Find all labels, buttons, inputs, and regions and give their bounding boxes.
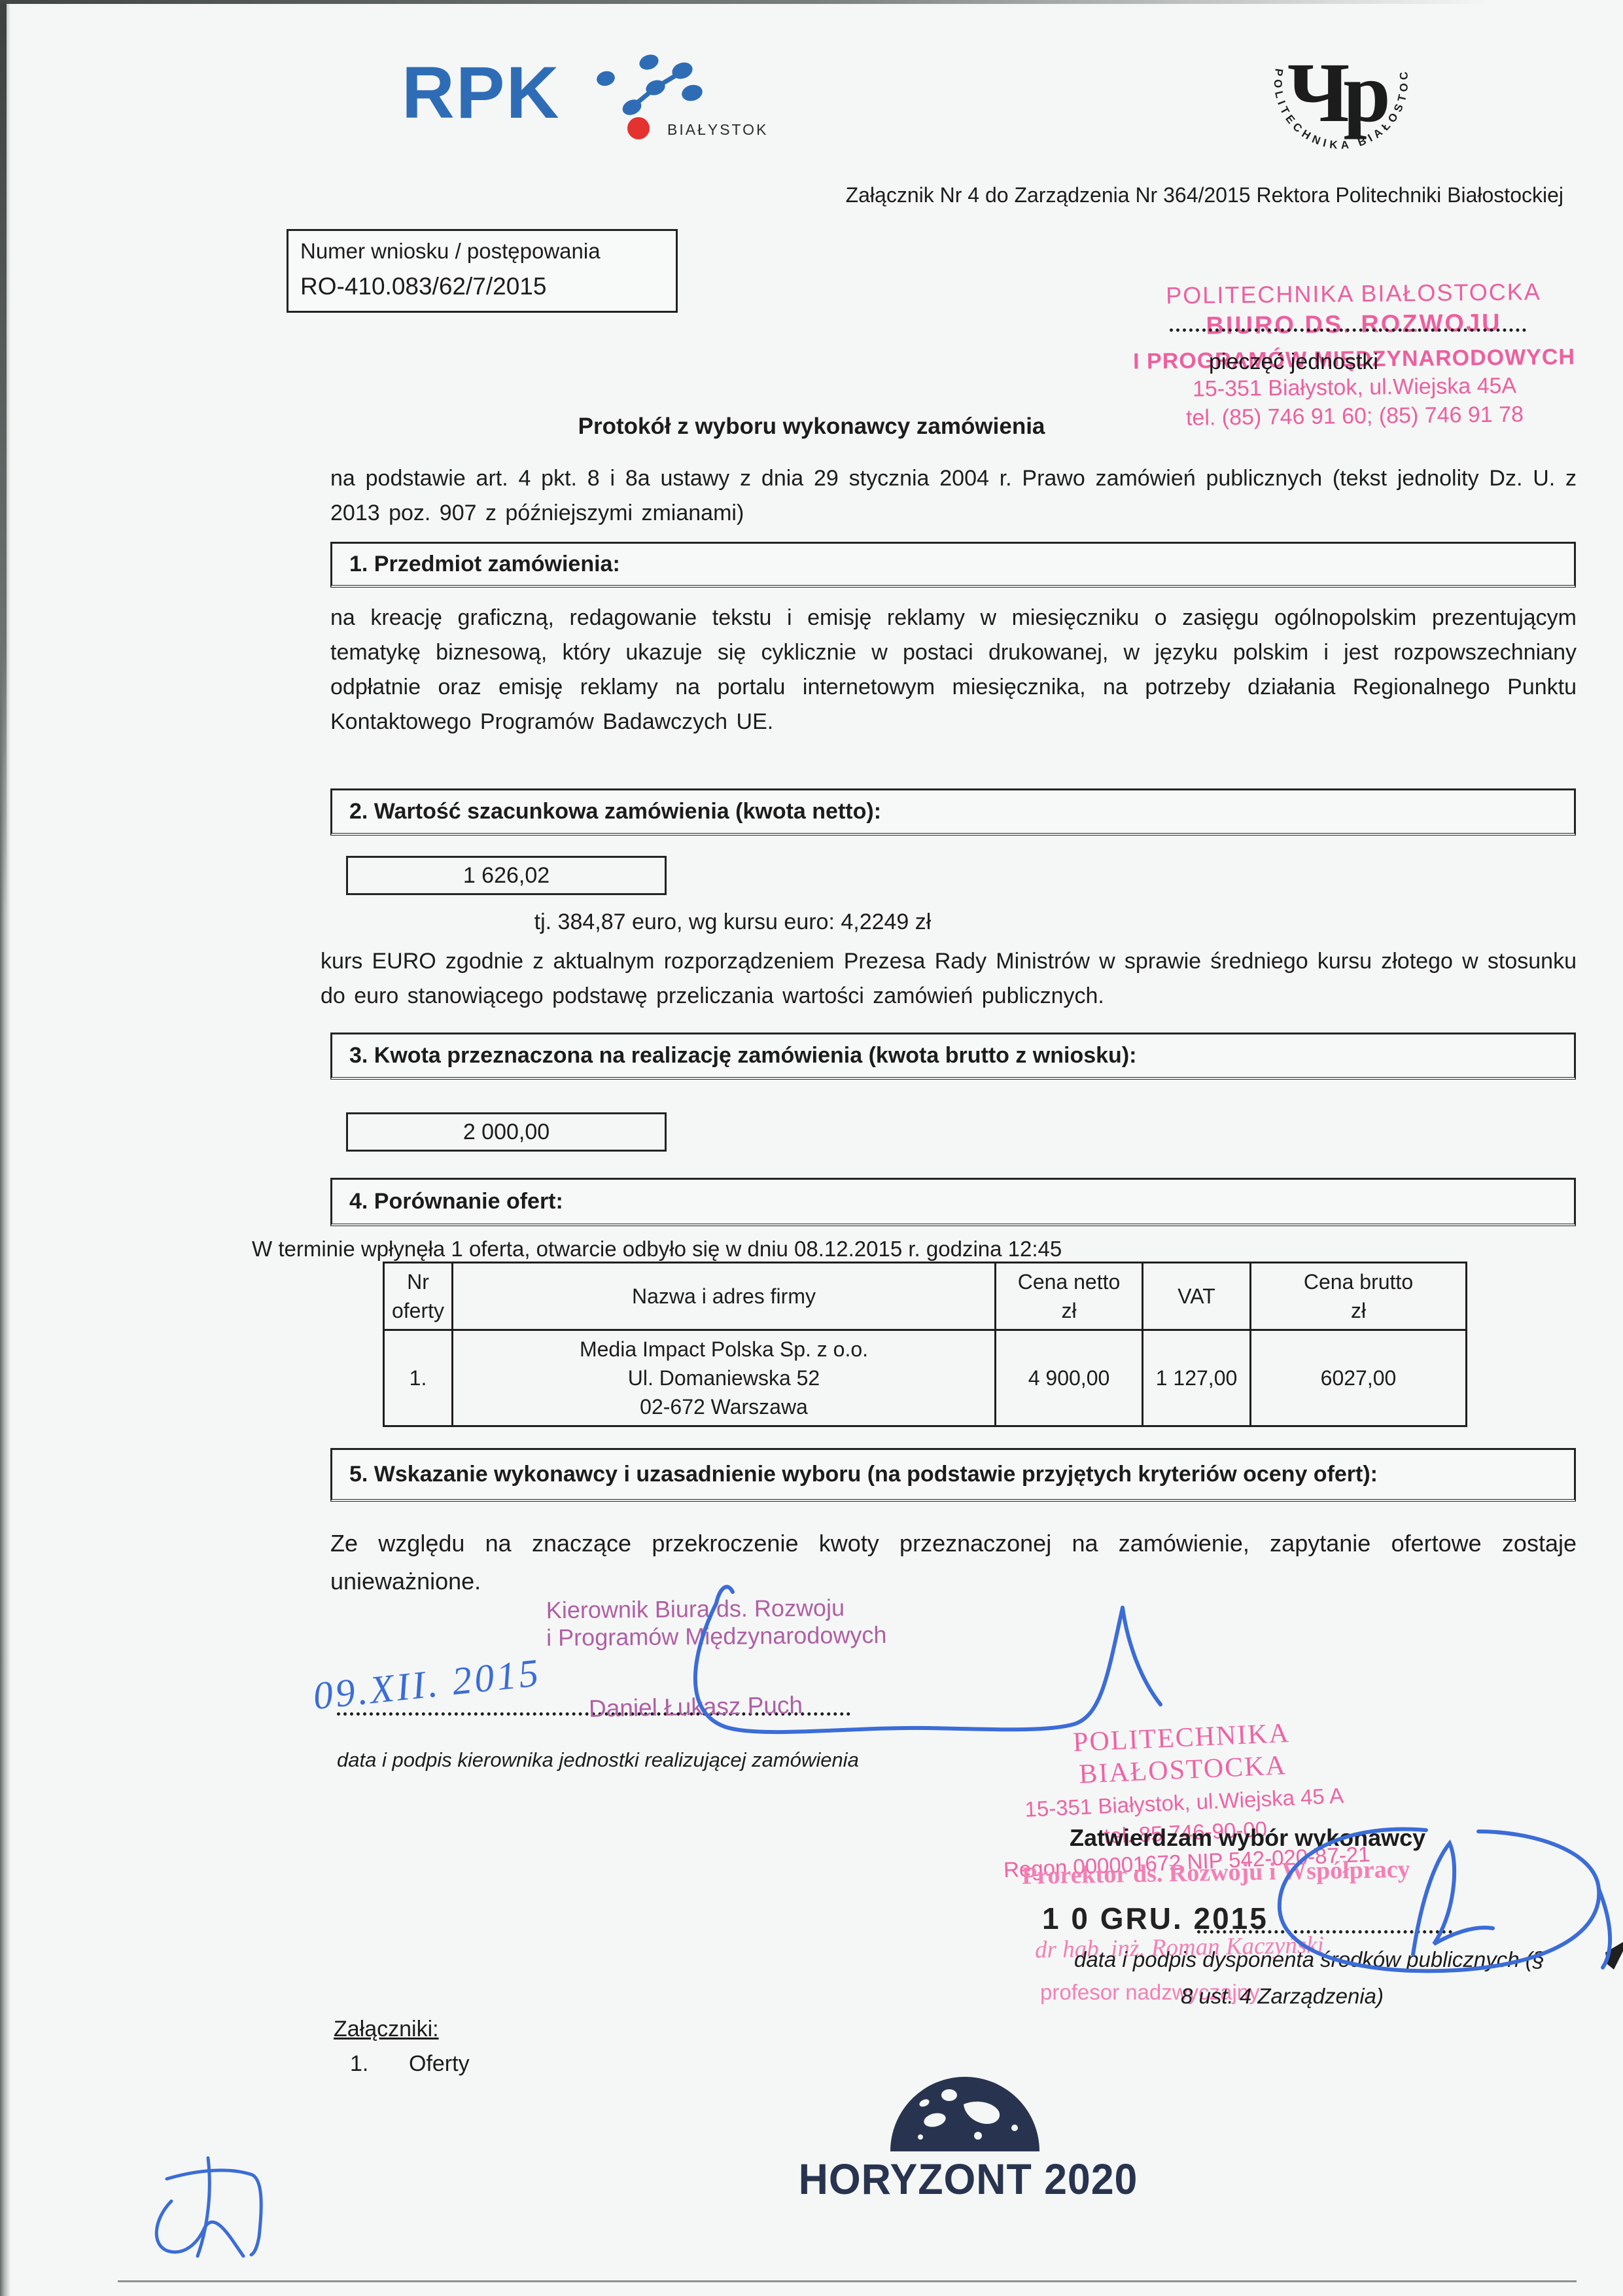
euro-rate-note: kurs EURO zgodnie z aktualnym rozporządz… bbox=[321, 944, 1577, 1014]
attachment-item-number: 1. bbox=[350, 2051, 368, 2077]
offer-company: Media Impact Polska Sp. z o.o. Ul. Doman… bbox=[453, 1330, 996, 1426]
stamp-dotted-line bbox=[1170, 308, 1526, 332]
section-1-header: 1. Przedmiot zamówienia: bbox=[330, 542, 1576, 588]
section-3-header: 3. Kwota przeznaczona na realizację zamó… bbox=[330, 1033, 1576, 1080]
request-number-label: Numer wniosku / postępowania bbox=[300, 239, 664, 264]
horizon2020-globe-icon bbox=[886, 2073, 1043, 2151]
scan-edge-top bbox=[0, 0, 1623, 4]
svg-text:RPK: RPK bbox=[402, 52, 560, 133]
section-4-header: 4. Porównanie ofert: bbox=[330, 1178, 1576, 1226]
unit-stamp-line: 15-351 Białystok, ul.Wiejska 45A bbox=[1125, 373, 1583, 404]
col-header-name: Nazwa i adres firmy bbox=[453, 1263, 996, 1330]
col-header-brutto: Cena brutto zł bbox=[1251, 1263, 1467, 1330]
request-number-box: Numer wniosku / postępowania RO-410.083/… bbox=[287, 229, 678, 313]
col-header-netto: Cena netto zł bbox=[996, 1263, 1143, 1330]
offer-vat: 1 127,00 bbox=[1143, 1330, 1251, 1426]
rpk-dots-icon bbox=[595, 52, 705, 118]
bottom-paraph-icon bbox=[131, 2138, 281, 2276]
offers-intro-line: W terminie wpłynęła 1 oferta, otwarcie o… bbox=[252, 1237, 1062, 1262]
section-5-header: 5. Wskazanie wykonawcy i uzasadnienie wy… bbox=[330, 1448, 1576, 1502]
section-1-body: na kreację graficzną, redagowanie tekstu… bbox=[330, 601, 1577, 739]
col-header-nr: Nr oferty bbox=[384, 1263, 453, 1330]
net-value-box: 1 626,02 bbox=[346, 856, 667, 895]
offers-table: Nr oferty Nazwa i adres firmy Cena netto… bbox=[383, 1262, 1467, 1427]
legal-basis-paragraph: na podstawie art. 4 pkt. 8 i 8a ustawy z… bbox=[330, 461, 1577, 531]
offers-table-header-row: Nr oferty Nazwa i adres firmy Cena netto… bbox=[384, 1263, 1467, 1330]
section-2-header: 2. Wartość szacunkowa zamówienia (kwota … bbox=[330, 788, 1576, 836]
horizon2020-label: HORYZONT 2020 bbox=[732, 2154, 1204, 2204]
attachment-item-label: Oferty bbox=[409, 2051, 470, 2077]
stamp-caption: pieczęć jednostki bbox=[1209, 349, 1378, 375]
pb-logo-icon: Чp POLITECHNIKA BIAŁOSTOCKA bbox=[1243, 23, 1439, 186]
scan-edge-bottom bbox=[118, 2280, 1577, 2282]
unit-stamp-line: POLITECHNIKA BIAŁOSTOCKA bbox=[1125, 277, 1582, 309]
col-header-vat: VAT bbox=[1143, 1263, 1251, 1330]
scanned-document-page: RPK BIAŁYSTOK Чp POLITECHNIKA BIAŁOSTOCK… bbox=[0, 0, 1623, 2296]
document-title: Protokół z wyboru wykonawcy zamówienia bbox=[0, 414, 1623, 440]
svg-text:BIAŁYSTOK: BIAŁYSTOK bbox=[667, 121, 768, 138]
approval-signature-scribble-icon bbox=[1217, 1803, 1623, 1992]
attachment-note: Załącznik Nr 4 do Zarządzenia Nr 364/201… bbox=[844, 183, 1563, 207]
rpk-red-dot-icon bbox=[627, 117, 650, 139]
scan-edge-left-dark bbox=[0, 0, 7, 916]
request-number-value: RO-410.083/62/7/2015 bbox=[300, 273, 664, 300]
euro-conversion-line: tj. 384,87 euro, wg kursu euro: 4,2249 z… bbox=[406, 910, 1060, 935]
offer-nr: 1. bbox=[384, 1330, 453, 1426]
offer-row: 1. Media Impact Polska Sp. z o.o. Ul. Do… bbox=[384, 1330, 1467, 1426]
offer-brutto: 6027,00 bbox=[1251, 1330, 1467, 1426]
rpk-logo-icon: RPK BIAŁYSTOK bbox=[393, 38, 811, 152]
attachments-label: Załączniki: bbox=[334, 2017, 439, 2042]
gross-value-box: 2 000,00 bbox=[346, 1112, 667, 1152]
left-signature-caption: data i podpis kierownika jednostki reali… bbox=[337, 1748, 859, 1772]
offer-netto: 4 900,00 bbox=[996, 1330, 1143, 1426]
